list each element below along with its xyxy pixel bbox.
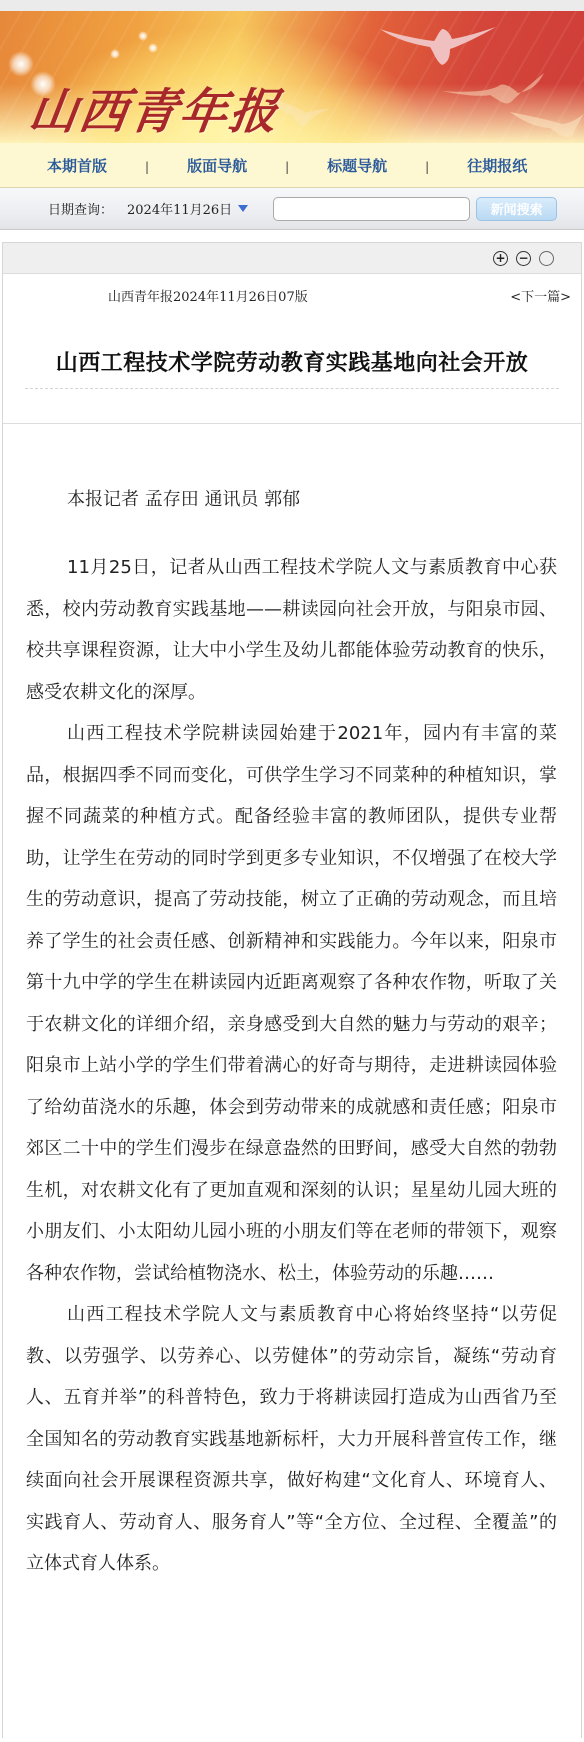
date-select-value[interactable]: 2024年11月26日	[127, 199, 232, 218]
dove-icon	[378, 23, 498, 69]
article-title: 山西工程技术学院劳动教育实践基地向社会开放	[3, 346, 581, 377]
article-toolbar: + −	[3, 243, 581, 274]
article-body: 本报记者 孟存田 通讯员 郭郁 11月25日，记者从山西工程技术学院人文与素质教…	[3, 424, 581, 1585]
top-strip	[0, 0, 584, 11]
dove-icon	[440, 71, 550, 111]
article-paragraph: 山西工程技术学院耕读园始建于2021年，园内有丰富的菜品，根据四季不同而变化，可…	[26, 713, 557, 1294]
news-search-input[interactable]	[273, 197, 470, 221]
zoom-out-icon[interactable]: −	[516, 251, 531, 266]
search-bar: 日期查询： 2024年11月26日 新闻搜索	[0, 188, 584, 230]
masthead-logo: 山西青年报	[25, 73, 285, 142]
article-meta: 山西青年报2024年11月26日07版 <下一篇>	[3, 274, 581, 314]
nav-title-navigation[interactable]: 标题导航	[327, 155, 387, 176]
zoom-in-icon[interactable]: +	[493, 251, 508, 266]
sparkle-icon	[148, 43, 158, 53]
edition-info: 山西青年报2024年11月26日07版	[108, 286, 308, 305]
nav-separator: |	[145, 160, 149, 174]
article-title-block: 山西工程技术学院劳动教育实践基地向社会开放	[3, 314, 581, 424]
sparkle-icon	[8, 51, 34, 77]
nav-separator: |	[425, 160, 429, 174]
next-article-link[interactable]: <下一篇>	[510, 286, 571, 305]
nav-past-issues[interactable]: 往期报纸	[467, 155, 527, 176]
article-container: + − 山西青年报2024年11月26日07版 <下一篇> 山西工程技术学院劳动…	[2, 242, 582, 1738]
nav-current-front-page[interactable]: 本期首版	[47, 155, 107, 176]
dove-icon	[510, 106, 584, 142]
article-paragraph: 山西工程技术学院人文与素质教育中心将始终坚持“以劳促教、以劳强学、以劳养心、以劳…	[26, 1294, 557, 1585]
article-paragraph: 11月25日，记者从山西工程技术学院人文与素质教育中心获悉，校内劳动教育实践基地…	[26, 547, 557, 713]
nav-separator: |	[285, 160, 289, 174]
date-query-label: 日期查询：	[48, 199, 113, 218]
masthead-banner: 山西青年报	[0, 11, 584, 143]
sparkle-icon	[110, 49, 120, 59]
spacer	[0, 230, 584, 242]
title-divider	[25, 388, 559, 389]
sparkle-icon	[138, 31, 148, 41]
nav-page-navigation[interactable]: 版面导航	[187, 155, 247, 176]
chevron-down-icon[interactable]	[238, 205, 248, 212]
news-search-button[interactable]: 新闻搜索	[476, 197, 557, 221]
main-nav: 本期首版 | 版面导航 | 标题导航 | 往期报纸	[0, 143, 584, 188]
article-byline: 本报记者 孟存田 通讯员 郭郁	[26, 424, 557, 528]
reset-zoom-icon[interactable]	[539, 251, 554, 266]
